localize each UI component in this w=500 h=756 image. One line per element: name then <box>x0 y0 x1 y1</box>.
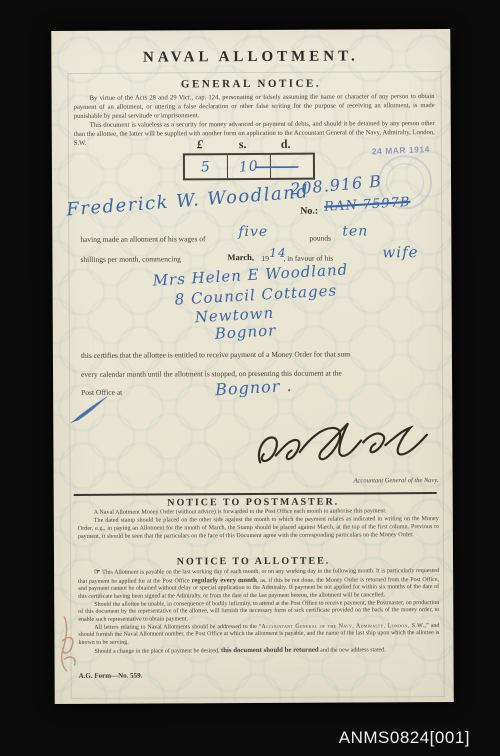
allottee-name: Frederick W. Woodland <box>66 181 310 220</box>
amount-pence-cell: — <box>270 155 313 178</box>
payee-town: Bognor <box>214 321 276 343</box>
number-label: No.: <box>300 206 318 217</box>
pen-flourish-mark <box>69 395 111 425</box>
currency-column-headers: £ s. d. <box>185 137 325 152</box>
document-title: NAVAL ALLOTMENT. <box>51 48 450 67</box>
notice-postmaster-heading: NOTICE TO POSTMASTER. <box>54 496 453 509</box>
relation-written: wife <box>382 243 418 261</box>
allottee-para2: Should the allottee be unable, in conseq… <box>78 600 439 625</box>
wages-prefix: having made an allotment of his wages of <box>80 234 205 244</box>
shillings-value-written: ten <box>342 223 368 239</box>
document-paper: NAVAL ALLOTMENT. GENERAL NOTICE. By virt… <box>51 29 454 704</box>
photo-background: NAVAL ALLOTMENT. GENERAL NOTICE. By virt… <box>0 0 500 756</box>
amount-table: 5 10 — <box>183 153 315 181</box>
commencing-line: shillings per month, commencing March, 1… <box>80 247 437 267</box>
pounds-value-written: five <box>238 224 268 240</box>
certify-line1: this certifies that the allottee is enti… <box>81 349 350 359</box>
allottee-para3: All letters relating to Naval Allotments… <box>78 623 439 648</box>
certify-line2: every calendar month until the allotment… <box>81 369 342 379</box>
post-office-value-written: Bognor . <box>215 376 293 399</box>
form-number: A.G. Form—No. 559. <box>79 672 143 680</box>
photo-label: ANMS0824[001] <box>339 728 470 748</box>
allottee-para4-b: and the new address stated. <box>319 647 386 653</box>
general-notice-para1: By virtue of the Acts 28 and 29 Vict., c… <box>74 92 435 121</box>
allotment-number-old-struck: RAN 7597B <box>324 195 411 215</box>
amount-pounds-cell: 5 <box>185 155 227 178</box>
amount-pounds-value: 5 <box>200 158 211 175</box>
commencing-prefix: shillings per month, commencing <box>80 254 180 264</box>
allottee-para4-bold: this document should be returned <box>221 646 319 654</box>
allottee-para4: Should a change in the place of payment … <box>78 646 439 657</box>
pence-header: d. <box>281 137 291 152</box>
notice-allottee-paragraphs: ☞ This Allotment is payable on the last … <box>78 566 439 656</box>
allottee-para3-caps: Accountant General of the Navy, Admiralt… <box>261 623 426 630</box>
shillings-header: s. <box>239 137 247 152</box>
notice-postmaster-paragraphs: A Naval Allotment Money Order (without a… <box>78 508 439 542</box>
allottee-para1: ☞ This Allotment is payable on the last … <box>78 566 439 602</box>
pounds-header: £ <box>197 137 203 152</box>
allottee-para1-bold: regularly every month <box>191 577 256 584</box>
ink-initials-mark <box>54 611 82 677</box>
allottee-para4-a: Should a change in the place of payment … <box>94 648 220 655</box>
pounds-label: pounds <box>309 234 331 243</box>
pointing-hand-icon: ☞ <box>94 568 102 576</box>
postmaster-para2: The dated stamp should be placed on the … <box>78 516 439 542</box>
month-printed: March, <box>227 252 254 262</box>
general-notice-heading: GENERAL NOTICE. <box>51 77 450 91</box>
amount-pence-value: — <box>253 158 304 174</box>
signature-scrawl <box>250 412 438 481</box>
year-printed: 19 <box>261 254 269 263</box>
allottee-para3-a: All letters relating to Naval Allotments… <box>94 624 261 631</box>
signature-caption: Accountant General of the Navy. <box>289 477 439 485</box>
